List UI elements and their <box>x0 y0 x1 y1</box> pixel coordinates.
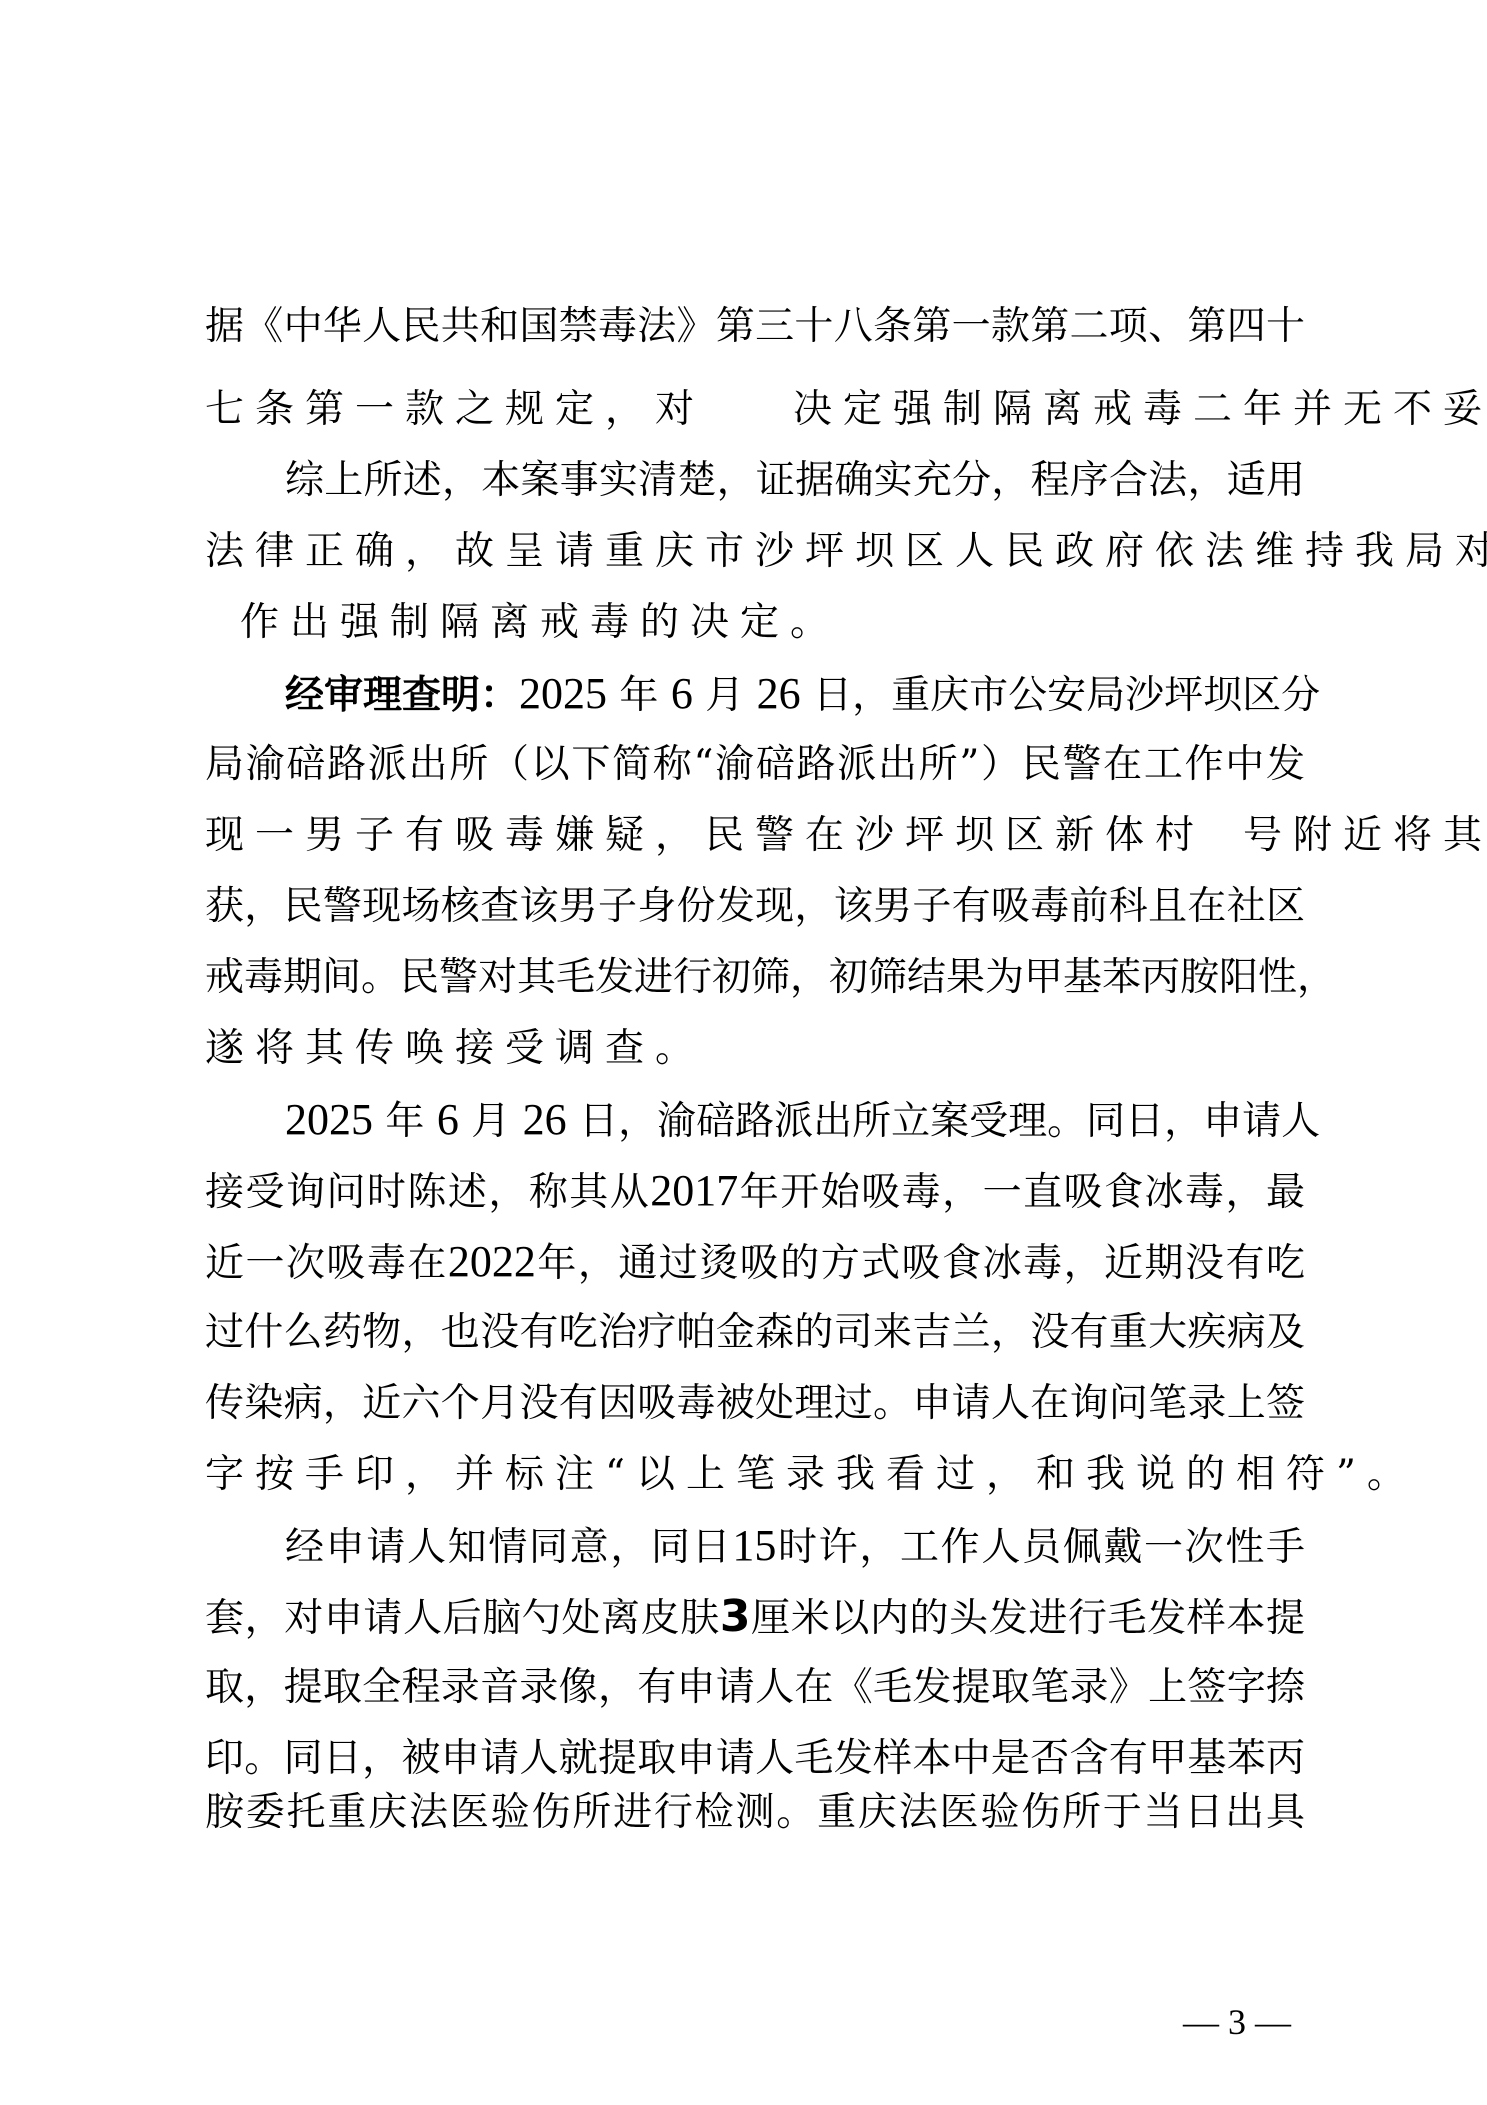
text-line-10: 戒毒期间。民警对其毛发进行初筛，初筛结果为甲基苯丙胺阳性， <box>205 948 1305 1008</box>
text-line-8: 现一男子有吸毒嫌疑，民警在沙坪坝区新体村号附近将其查 <box>205 806 1305 866</box>
text-segment: 戒毒期间。民警对其毛发进行初筛，初筛结果为甲基苯丙胺阳性， <box>205 955 1336 1000</box>
text-segment: 印。同日，被申请人就提取申请人毛发样本中是否含有甲基苯丙 <box>205 1736 1305 1781</box>
text-segment: 月 <box>471 1099 510 1144</box>
text-segment: 年开始吸毒，一直吸食冰毒，最 <box>738 1170 1305 1215</box>
hour-value: 15 <box>732 1521 776 1570</box>
text-line-1: 据《中华人民共和国禁毒法》第三十八条第一款第二项、第四十 <box>205 297 1305 357</box>
text-line-21: 印。同日，被申请人就提取申请人毛发样本中是否含有甲基苯丙 <box>205 1729 1305 1789</box>
text-segment: 套，对申请人后脑勺处离皮肤 <box>205 1596 720 1641</box>
month-value: 6 <box>437 1095 459 1144</box>
document-page: 据《中华人民共和国禁毒法》第三十八条第一款第二项、第四十 七条第一款之规定，对决… <box>0 0 1487 2105</box>
text-line-14: 近一次吸毒在2022年，通过烫吸的方式吸食冰毒，近期没有吃 <box>205 1232 1305 1292</box>
text-segment: 经申请人知情同意，同日 <box>285 1525 732 1570</box>
text-line-7: 局渝碚路派出所（以下简称“渝碚路派出所”）民警在工作中发 <box>205 735 1305 795</box>
text-segment: 年，通过烫吸的方式吸食冰毒，近期没有吃 <box>536 1241 1305 1286</box>
text-segment: 七条第一款之规定，对 <box>205 387 705 432</box>
text-line-20: 取，提取全程录音录像，有申请人在《毛发提取笔录》上签字捺 <box>205 1658 1305 1718</box>
text-line-3: 综上所述，本案事实清楚，证据确实充分，程序合法，适用 <box>285 451 1305 511</box>
text-segment: 现一男子有吸毒嫌疑，民警在沙坪坝区新体村 <box>205 813 1205 858</box>
distance-value: 3 <box>720 1591 751 1642</box>
section-label-findings: 经审理查明： <box>285 673 519 718</box>
text-line-5: 作出强制隔离戒毒的决定。 <box>240 593 1340 653</box>
text-segment: 据《中华人民共和国禁毒法》第三十八条第一款第二项、第四十 <box>205 304 1305 349</box>
text-line-6: 经审理查明：2025 年 6 月 26 日，重庆市公安局沙坪坝区分 <box>285 664 1305 724</box>
month-value: 6 <box>671 669 693 718</box>
text-segment: 综上所述，本案事实清楚，证据确实充分，程序合法，适用 <box>285 458 1305 503</box>
text-segment: 厘米以内的头发进行毛发样本提 <box>751 1596 1305 1641</box>
text-segment: 年 <box>619 673 658 718</box>
text-segment: 传染病，近六个月没有因吸毒被处理过。申请人在询问笔录上签 <box>205 1381 1305 1426</box>
day-value: 26 <box>757 669 801 718</box>
text-line-12: 2025 年 6 月 26 日，渝碚路派出所立案受理。同日，申请人 <box>285 1090 1305 1150</box>
text-line-9: 获，民警现场核查该男子身份发现，该男子有吸毒前科且在社区 <box>205 877 1305 937</box>
text-segment: 取，提取全程录音录像，有申请人在《毛发提取笔录》上签字捺 <box>205 1665 1305 1710</box>
text-segment: 接受询问时陈述，称其从 <box>205 1170 650 1215</box>
text-segment: 胺委托重庆法医验伤所进行检测。重庆法医验伤所于当日出具 <box>205 1790 1305 1835</box>
text-segment: 年 <box>385 1099 424 1144</box>
text-line-13: 接受询问时陈述，称其从2017年开始吸毒，一直吸食冰毒，最 <box>205 1161 1305 1221</box>
text-line-19: 套，对申请人后脑勺处离皮肤3厘米以内的头发进行毛发样本提 <box>205 1587 1305 1647</box>
text-segment: 号附近将其查 <box>1243 813 1487 858</box>
text-line-22: 胺委托重庆法医验伤所进行检测。重庆法医验伤所于当日出具 <box>205 1783 1305 1843</box>
text-segment: 过什么药物，也没有吃治疗帕金森的司来吉兰，没有重大疾病及 <box>205 1310 1305 1355</box>
text-segment: 近一次吸毒在 <box>205 1241 448 1286</box>
text-line-15: 过什么药物，也没有吃治疗帕金森的司来吉兰，没有重大疾病及 <box>205 1303 1305 1363</box>
year-value: 2025 <box>285 1095 373 1144</box>
day-value: 26 <box>523 1095 567 1144</box>
text-line-2: 七条第一款之规定，对决定强制隔离戒毒二年并无不妥。 <box>205 380 1305 440</box>
text-segment: 局渝碚路派出所（以下简称“渝碚路派出所”）民警在工作中发 <box>205 742 1305 787</box>
text-segment: 获，民警现场核查该男子身份发现，该男子有吸毒前科且在社区 <box>205 884 1305 929</box>
text-segment: 决定强制隔离戒毒二年并无不妥。 <box>793 387 1487 432</box>
text-segment: 法律正确，故呈请重庆市沙坪坝区人民政府依法维持我局对 <box>205 529 1487 574</box>
text-segment: 字按手印，并标注“以上笔录我看过，和我说的相符”。 <box>205 1452 1417 1497</box>
text-segment: 月 <box>705 673 744 718</box>
text-line-16: 传染病，近六个月没有因吸毒被处理过。申请人在询问笔录上签 <box>205 1374 1305 1434</box>
page-number: — 3 — <box>1183 2002 1383 2042</box>
text-line-11: 遂将其传唤接受调查。 <box>205 1019 1305 1079</box>
year-value: 2017 <box>650 1166 738 1215</box>
text-segment: 日，重庆市公安局沙坪坝区分 <box>813 673 1320 718</box>
text-segment: 时许，工作人员佩戴一次性手 <box>776 1525 1305 1570</box>
year-value: 2022 <box>448 1237 536 1286</box>
text-line-18: 经申请人知情同意，同日15时许，工作人员佩戴一次性手 <box>285 1516 1305 1576</box>
text-segment: 遂将其传唤接受调查。 <box>205 1026 705 1071</box>
text-line-4: 法律正确，故呈请重庆市沙坪坝区人民政府依法维持我局对 <box>205 522 1305 582</box>
year-value: 2025 <box>519 669 607 718</box>
text-segment: 作出强制隔离戒毒的决定。 <box>240 600 840 645</box>
text-segment: 日，渝碚路派出所立案受理。同日，申请人 <box>579 1099 1320 1144</box>
text-line-17: 字按手印，并标注“以上笔录我看过，和我说的相符”。 <box>205 1445 1305 1505</box>
